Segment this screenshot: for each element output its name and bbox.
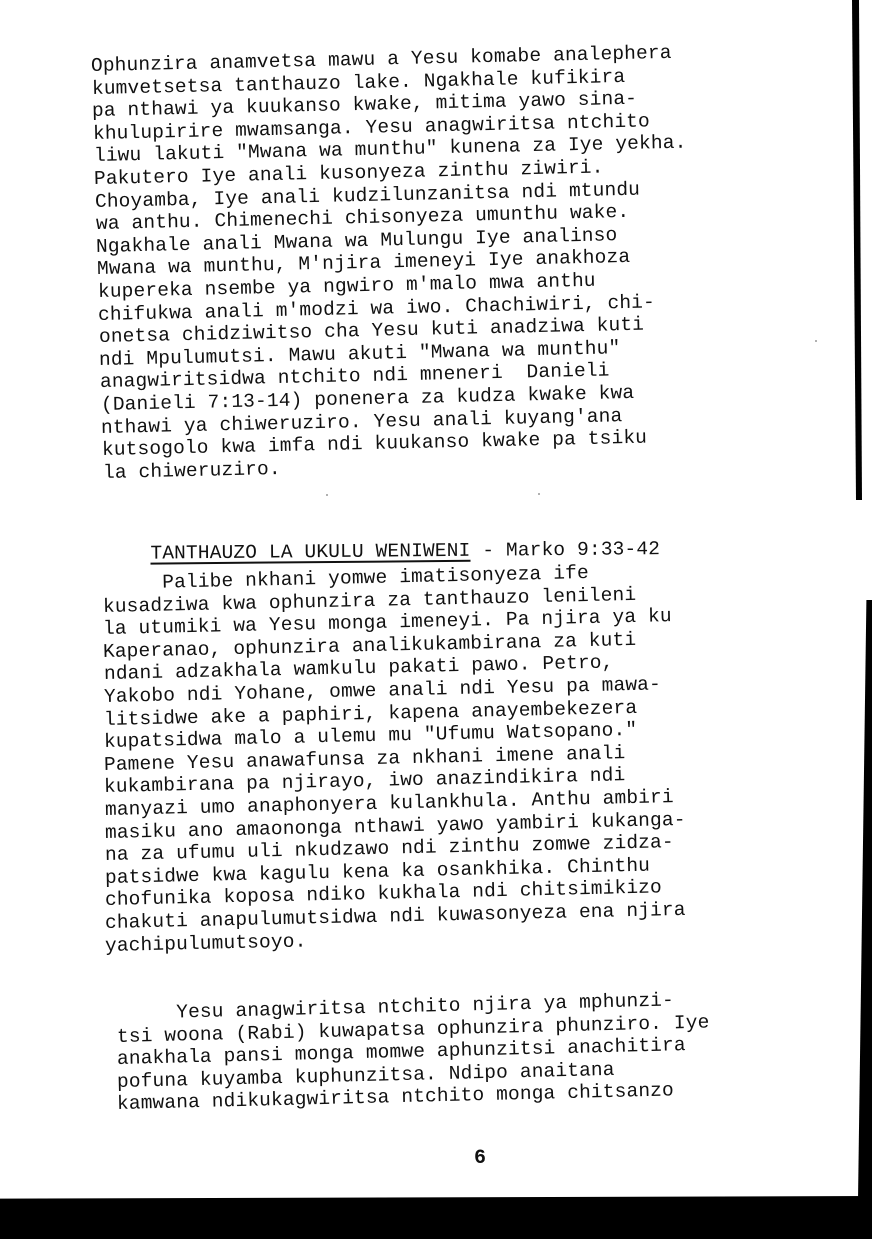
scanned-page: Ophunzira anamvetsa mawu a Yesu komabe a… [0,0,872,1239]
scan-speck [326,494,328,496]
scan-speck [538,493,540,495]
heading-title: TANTHAUZO LA UKULU WENIWENI [150,540,470,565]
scan-edge-shadow-bottom [0,1196,872,1239]
page-number: 6 [474,1147,486,1170]
text-line: yachipulumutsoyo. [105,931,307,956]
scan-edge-shadow-right-lower [858,600,872,1200]
heading-reference: - Marko 9:33-42 [470,538,660,562]
scan-speck [815,340,817,342]
scan-edge-shadow-right [852,0,862,500]
text-line: la chiweruziro. [102,459,280,483]
